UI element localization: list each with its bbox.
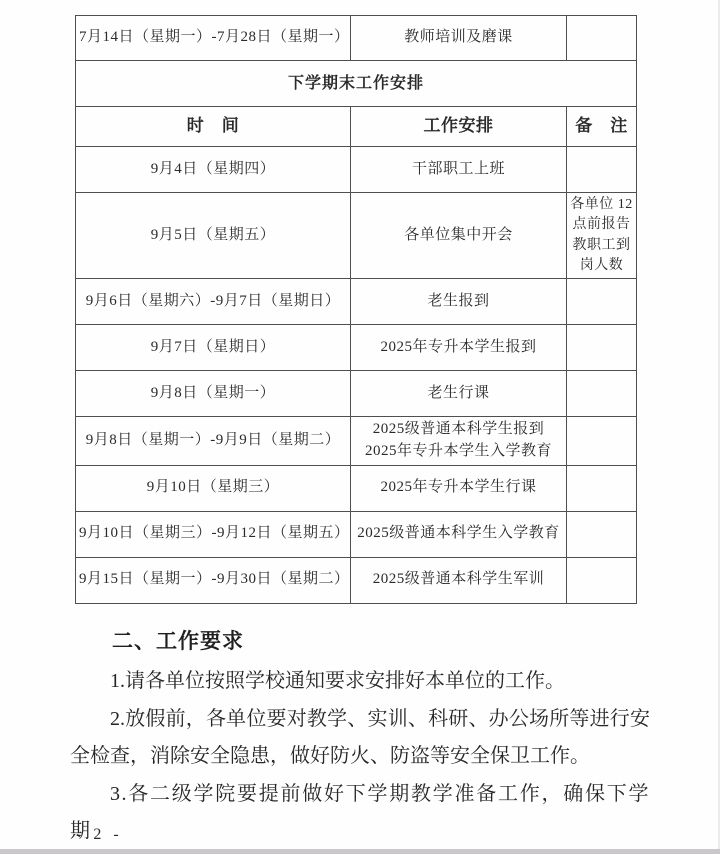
time-cell: 7月14日（星期一）-7月28日（星期一） [76,16,351,61]
schedule-table: 7月14日（星期一）-7月28日（星期一）教师培训及磨课下学期末工作安排时 间工… [75,15,637,604]
note-cell [567,465,637,511]
time-cell: 9月4日（星期四） [76,147,351,193]
requirement-item-1: 1.请各单位按照学校通知要求安排好本单位的工作。 [70,663,650,701]
task-cell: 2025年专升本学生报到 [351,325,567,371]
task-header: 工作安排 [351,107,567,147]
work-requirements-section: 二、工作要求 1.请各单位按照学校通知要求安排好本单位的工作。 2.放假前，各单… [70,626,650,851]
table-row: 9月7日（星期日）2025年专升本学生报到 [76,325,637,371]
scan-edge-bottom [0,849,720,854]
note-header: 备 注 [567,107,637,147]
time-cell: 9月7日（星期日） [76,325,351,371]
table-row: 9月8日（星期一）-9月9日（星期二）2025级普通本科学生报到 2025年专升… [76,417,637,466]
time-cell: 9月6日（星期六）-9月7日（星期日） [76,279,351,325]
requirement-item-2: 2.放假前，各单位要对教学、实训、科研、办公场所等进行安全检查，消除安全隐患，做… [70,701,650,776]
note-cell [567,417,637,466]
section-heading: 二、工作要求 [112,626,650,656]
table-row: 9月6日（星期六）-9月7日（星期日）老生报到 [76,279,637,325]
requirement-item-3: 3.各二级学院要提前做好下学期教学准备工作，确保下学期 [70,776,650,851]
task-cell: 2025级普通本科学生报到 2025年专升本学生入学教育 [351,417,567,466]
document-page: 7月14日（星期一）-7月28日（星期一）教师培训及磨课下学期末工作安排时 间工… [0,0,720,854]
task-cell: 2025年专升本学生行课 [351,465,567,511]
note-cell [567,371,637,417]
table-row: 下学期末工作安排 [76,61,637,107]
note-cell: 各单位 12 点前报告 教职工到 岗人数 [567,193,637,279]
table-row: 9月5日（星期五）各单位集中开会各单位 12 点前报告 教职工到 岗人数 [76,193,637,279]
note-cell [567,279,637,325]
time-cell: 9月15日（星期一）-9月30日（星期二） [76,557,351,603]
task-cell: 2025级普通本科学生入学教育 [351,511,567,557]
table-row: 9月10日（星期三）2025年专升本学生行课 [76,465,637,511]
task-cell: 老生行课 [351,371,567,417]
table-row: 9月10日（星期三）-9月12日（星期五）2025级普通本科学生入学教育 [76,511,637,557]
time-cell: 9月5日（星期五） [76,193,351,279]
page-number: - 2 - [76,826,123,844]
task-cell: 教师培训及磨课 [351,16,567,61]
task-cell: 各单位集中开会 [351,193,567,279]
note-cell [567,147,637,193]
note-cell [567,16,637,61]
time-cell: 9月10日（星期三）-9月12日（星期五） [76,511,351,557]
table-row: 7月14日（星期一）-7月28日（星期一）教师培训及磨课 [76,16,637,61]
schedule-table-body: 7月14日（星期一）-7月28日（星期一）教师培训及磨课下学期末工作安排时 间工… [76,16,637,604]
task-cell: 干部职工上班 [351,147,567,193]
table-row: 时 间工作安排备 注 [76,107,637,147]
time-cell: 9月8日（星期一）-9月9日（星期二） [76,417,351,466]
time-cell: 9月10日（星期三） [76,465,351,511]
task-cell: 2025级普通本科学生军训 [351,557,567,603]
note-cell [567,511,637,557]
table-row: 9月8日（星期一）老生行课 [76,371,637,417]
note-cell [567,325,637,371]
table-row: 9月15日（星期一）-9月30日（星期二）2025级普通本科学生军训 [76,557,637,603]
table-section-title: 下学期末工作安排 [76,61,637,107]
task-cell: 老生报到 [351,279,567,325]
table-row: 9月4日（星期四）干部职工上班 [76,147,637,193]
time-cell: 9月8日（星期一） [76,371,351,417]
time-header: 时 间 [76,107,351,147]
note-cell [567,557,637,603]
